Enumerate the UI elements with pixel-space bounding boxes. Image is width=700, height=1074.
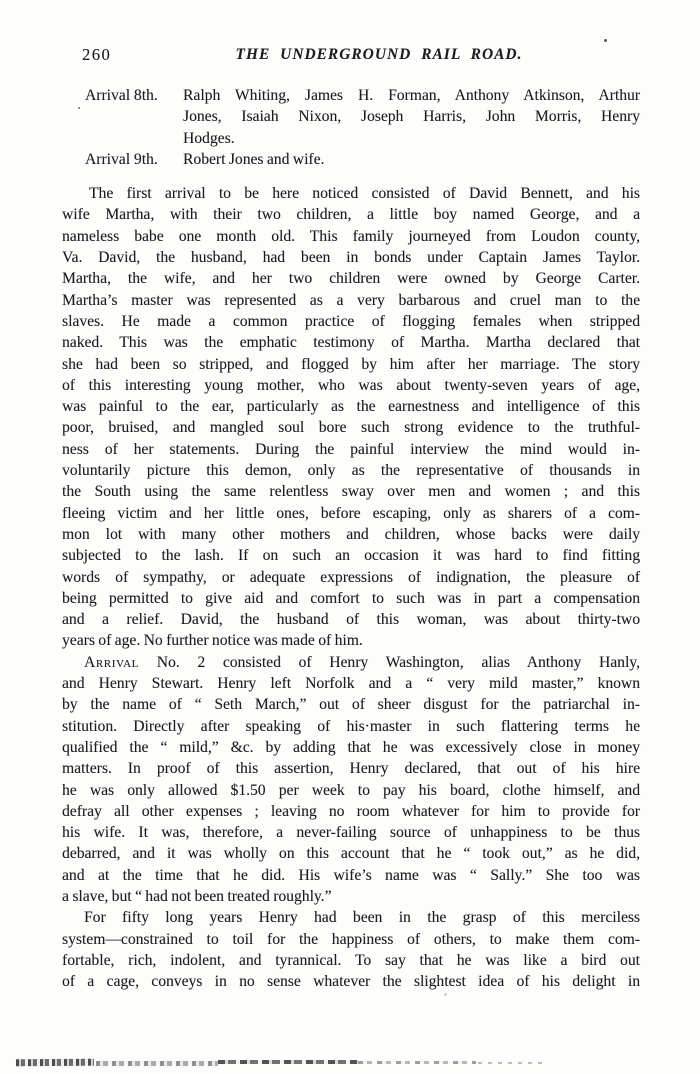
text-line: Hodges.: [183, 128, 640, 149]
text-line: years of age. No further notice was made…: [62, 630, 640, 651]
page-body: The first arrival to be here noticed con…: [62, 183, 640, 992]
text-line: For fifty long years Henry had been in t…: [62, 907, 640, 928]
text-line: ness of her statements. During the painf…: [62, 439, 640, 460]
text-line: nameless babe one month old. This family…: [62, 226, 640, 247]
text-line: Robert Jones and wife.: [183, 149, 640, 170]
text-line: he was only allowed $1.50 per week to pa…: [62, 780, 640, 801]
text-block: 260 THE UNDERGROUND RAIL ROAD. Arrival 8…: [0, 44, 700, 992]
text-line: qualified the “ mild,” &c. by adding tha…: [62, 737, 640, 758]
paragraph-david-bennett: The first arrival to be here noticed con…: [62, 183, 640, 652]
paragraph-arrival-no2: Arrival No. 2 consisted of Henry Washing…: [62, 652, 640, 908]
text-line: of this interesting young mother, who wa…: [62, 375, 640, 396]
text-line: his wife. It was, therefore, a never-fai…: [62, 822, 640, 843]
arrival-label: Arrival 9th.: [85, 149, 183, 170]
text-line: Jones, Isaiah Nixon, Joseph Harris, John…: [183, 106, 640, 127]
book-page-scan: 260 THE UNDERGROUND RAIL ROAD. Arrival 8…: [0, 0, 700, 1074]
text-line: she had been so stripped, and flogged by…: [62, 354, 640, 375]
text-line: poor, bruised, and mangled soul bore suc…: [62, 417, 640, 438]
text-line: fleeing victim and her little ones, befo…: [62, 503, 640, 524]
text-line: matters. In proof of this assertion, Hen…: [62, 758, 640, 779]
arrival-names: Robert Jones and wife.: [183, 149, 640, 170]
text-line: Martha, the wife, and her two children w…: [62, 268, 640, 289]
text-line: debarred, and it was wholly on this acco…: [62, 843, 640, 864]
text-line: Arrival No. 2 consisted of Henry Washing…: [62, 652, 640, 673]
text-line: by the name of “ Seth March,” out of she…: [62, 694, 640, 715]
arrival-no2-smallcaps: Arrival: [84, 654, 139, 671]
text-line: slaves. He made a common practice of flo…: [62, 311, 640, 332]
text-line: fortable, rich, indolent, and tyrannical…: [62, 950, 640, 971]
text-line: Ralph Whiting, James H. Forman, Anthony …: [183, 85, 640, 106]
text-line: words of sympathy, or adequate expressio…: [62, 567, 640, 588]
text-line: and Henry Stewart. Henry left Norfolk an…: [62, 673, 640, 694]
scan-smudge: [16, 1059, 94, 1067]
text-line: and at the time that he did. His wife’s …: [62, 865, 640, 886]
text-line: Va. David, the husband, had been in bond…: [62, 247, 640, 268]
ink-speck: [444, 993, 447, 996]
arrival-entry-9: Arrival 9th. Robert Jones and wife.: [85, 149, 640, 170]
arrival-names: Ralph Whiting, James H. Forman, Anthony …: [183, 85, 640, 149]
text-line: was painful to the ear, particularly as …: [62, 396, 640, 417]
arrival-entry-8: Arrival 8th. Ralph Whiting, James H. For…: [85, 85, 640, 149]
page-header: 260 THE UNDERGROUND RAIL ROAD.: [62, 44, 640, 61]
text-line: voluntarily picture this demon, only as …: [62, 460, 640, 481]
text-line: stitution. Directly after speaking of hi…: [62, 716, 640, 737]
arrival-label: Arrival 8th.: [85, 85, 183, 149]
ink-speck: [604, 39, 607, 42]
scan-smudge: [96, 1061, 218, 1066]
text-line: a slave, but “ had not been treated roug…: [62, 886, 640, 907]
text-line: The first arrival to be here noticed con…: [62, 183, 640, 204]
text-line: system—constrained to toil for the happi…: [62, 929, 640, 950]
text-line: of a cage, conveys in no sense whatever …: [62, 971, 640, 992]
text-line: being permitted to give aid and comfort …: [62, 588, 640, 609]
text-line: subjected to the lash. If on such an occ…: [62, 545, 640, 566]
text-line: defray all other expenses ; leaving no r…: [62, 801, 640, 822]
arrival-list: Arrival 8th. Ralph Whiting, James H. For…: [85, 85, 640, 170]
text-line: naked. This was the emphatic testimony o…: [62, 332, 640, 353]
page-number: 260: [82, 44, 111, 65]
scan-smudge: [358, 1061, 476, 1064]
text-line: mon lot with many other mothers and chil…: [62, 524, 640, 545]
text-line: wife Martha, with their two children, a …: [62, 204, 640, 225]
text-line: Martha’s master was represented as a ver…: [62, 290, 640, 311]
ink-speck: [78, 107, 80, 109]
scan-smudge: [478, 1062, 546, 1064]
paragraph-fifty-years: For fifty long years Henry had been in t…: [62, 907, 640, 992]
text-line: the South using the same relentless sway…: [62, 481, 640, 502]
text-line: and a relief. David, the husband of this…: [62, 609, 640, 630]
scan-smudge: [218, 1060, 358, 1064]
arrival-no2-lead-rest: No. 2 consisted of Henry Washington, ali…: [139, 654, 640, 671]
running-title: THE UNDERGROUND RAIL ROAD.: [62, 44, 640, 65]
